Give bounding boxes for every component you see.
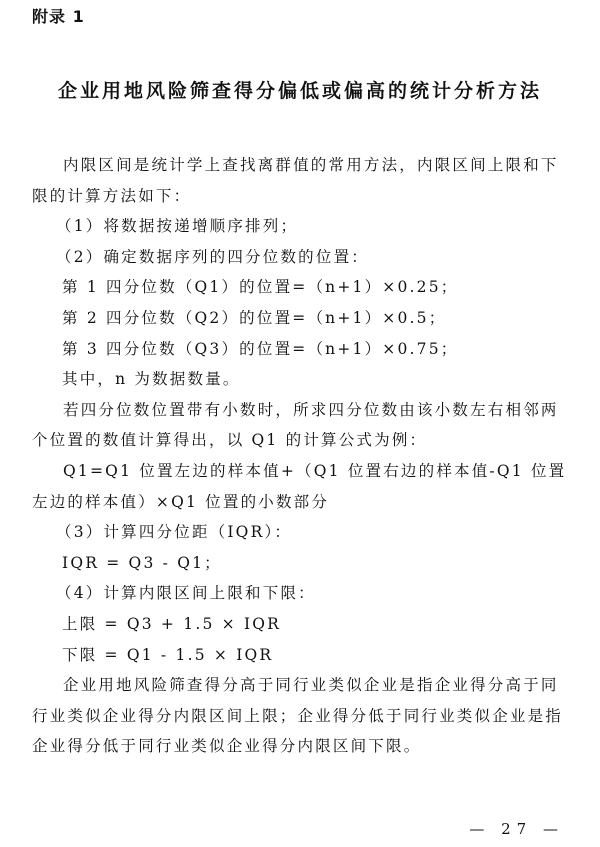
n-note: 其中，n 为数据数量。	[32, 364, 568, 395]
upper-limit-formula: 上限 = Q3 + 1.5 × IQR	[32, 609, 568, 640]
q1-position-formula: 第 1 四分位数（Q1）的位置=（n+1）×0.25；	[32, 272, 568, 303]
conclusion-paragraph: 企业用地风险筛查得分高于同行业类似企业是指企业得分高于同行业类似企业得分内限区间…	[32, 670, 568, 762]
q1-formula-paragraph: Q1=Q1 位置左边的样本值+（Q1 位置右边的样本值-Q1 位置左边的样本值）…	[32, 456, 568, 517]
appendix-label: 附录 1	[32, 4, 85, 27]
q3-position-formula: 第 3 四分位数（Q3）的位置=（n+1）×0.75；	[32, 334, 568, 365]
step-3: （3）计算四分位距（IQR）：	[32, 517, 568, 548]
q2-position-formula: 第 2 四分位数（Q2）的位置=（n+1）×0.5；	[32, 303, 568, 334]
page-number: — 27 —	[469, 820, 564, 838]
page-title: 企业用地风险筛查得分偏低或偏高的统计分析方法	[0, 76, 600, 103]
iqr-formula: IQR = Q3 - Q1；	[32, 548, 568, 579]
step-2: （2）确定数据序列的四分位数的位置：	[32, 242, 568, 273]
document-body: 内限区间是统计学上查找离群值的常用方法，内限区间上限和下限的计算方法如下： （1…	[32, 150, 568, 762]
intro-paragraph: 内限区间是统计学上查找离群值的常用方法，内限区间上限和下限的计算方法如下：	[32, 150, 568, 211]
lower-limit-formula: 下限 = Q1 - 1.5 × IQR	[32, 640, 568, 671]
step-4: （4）计算内限区间上限和下限：	[32, 578, 568, 609]
decimal-note-paragraph: 若四分位数位置带有小数时，所求四分位数由该小数左右相邻两个位置的数值计算得出，以…	[32, 395, 568, 456]
step-1: （1）将数据按递增顺序排列；	[32, 211, 568, 242]
